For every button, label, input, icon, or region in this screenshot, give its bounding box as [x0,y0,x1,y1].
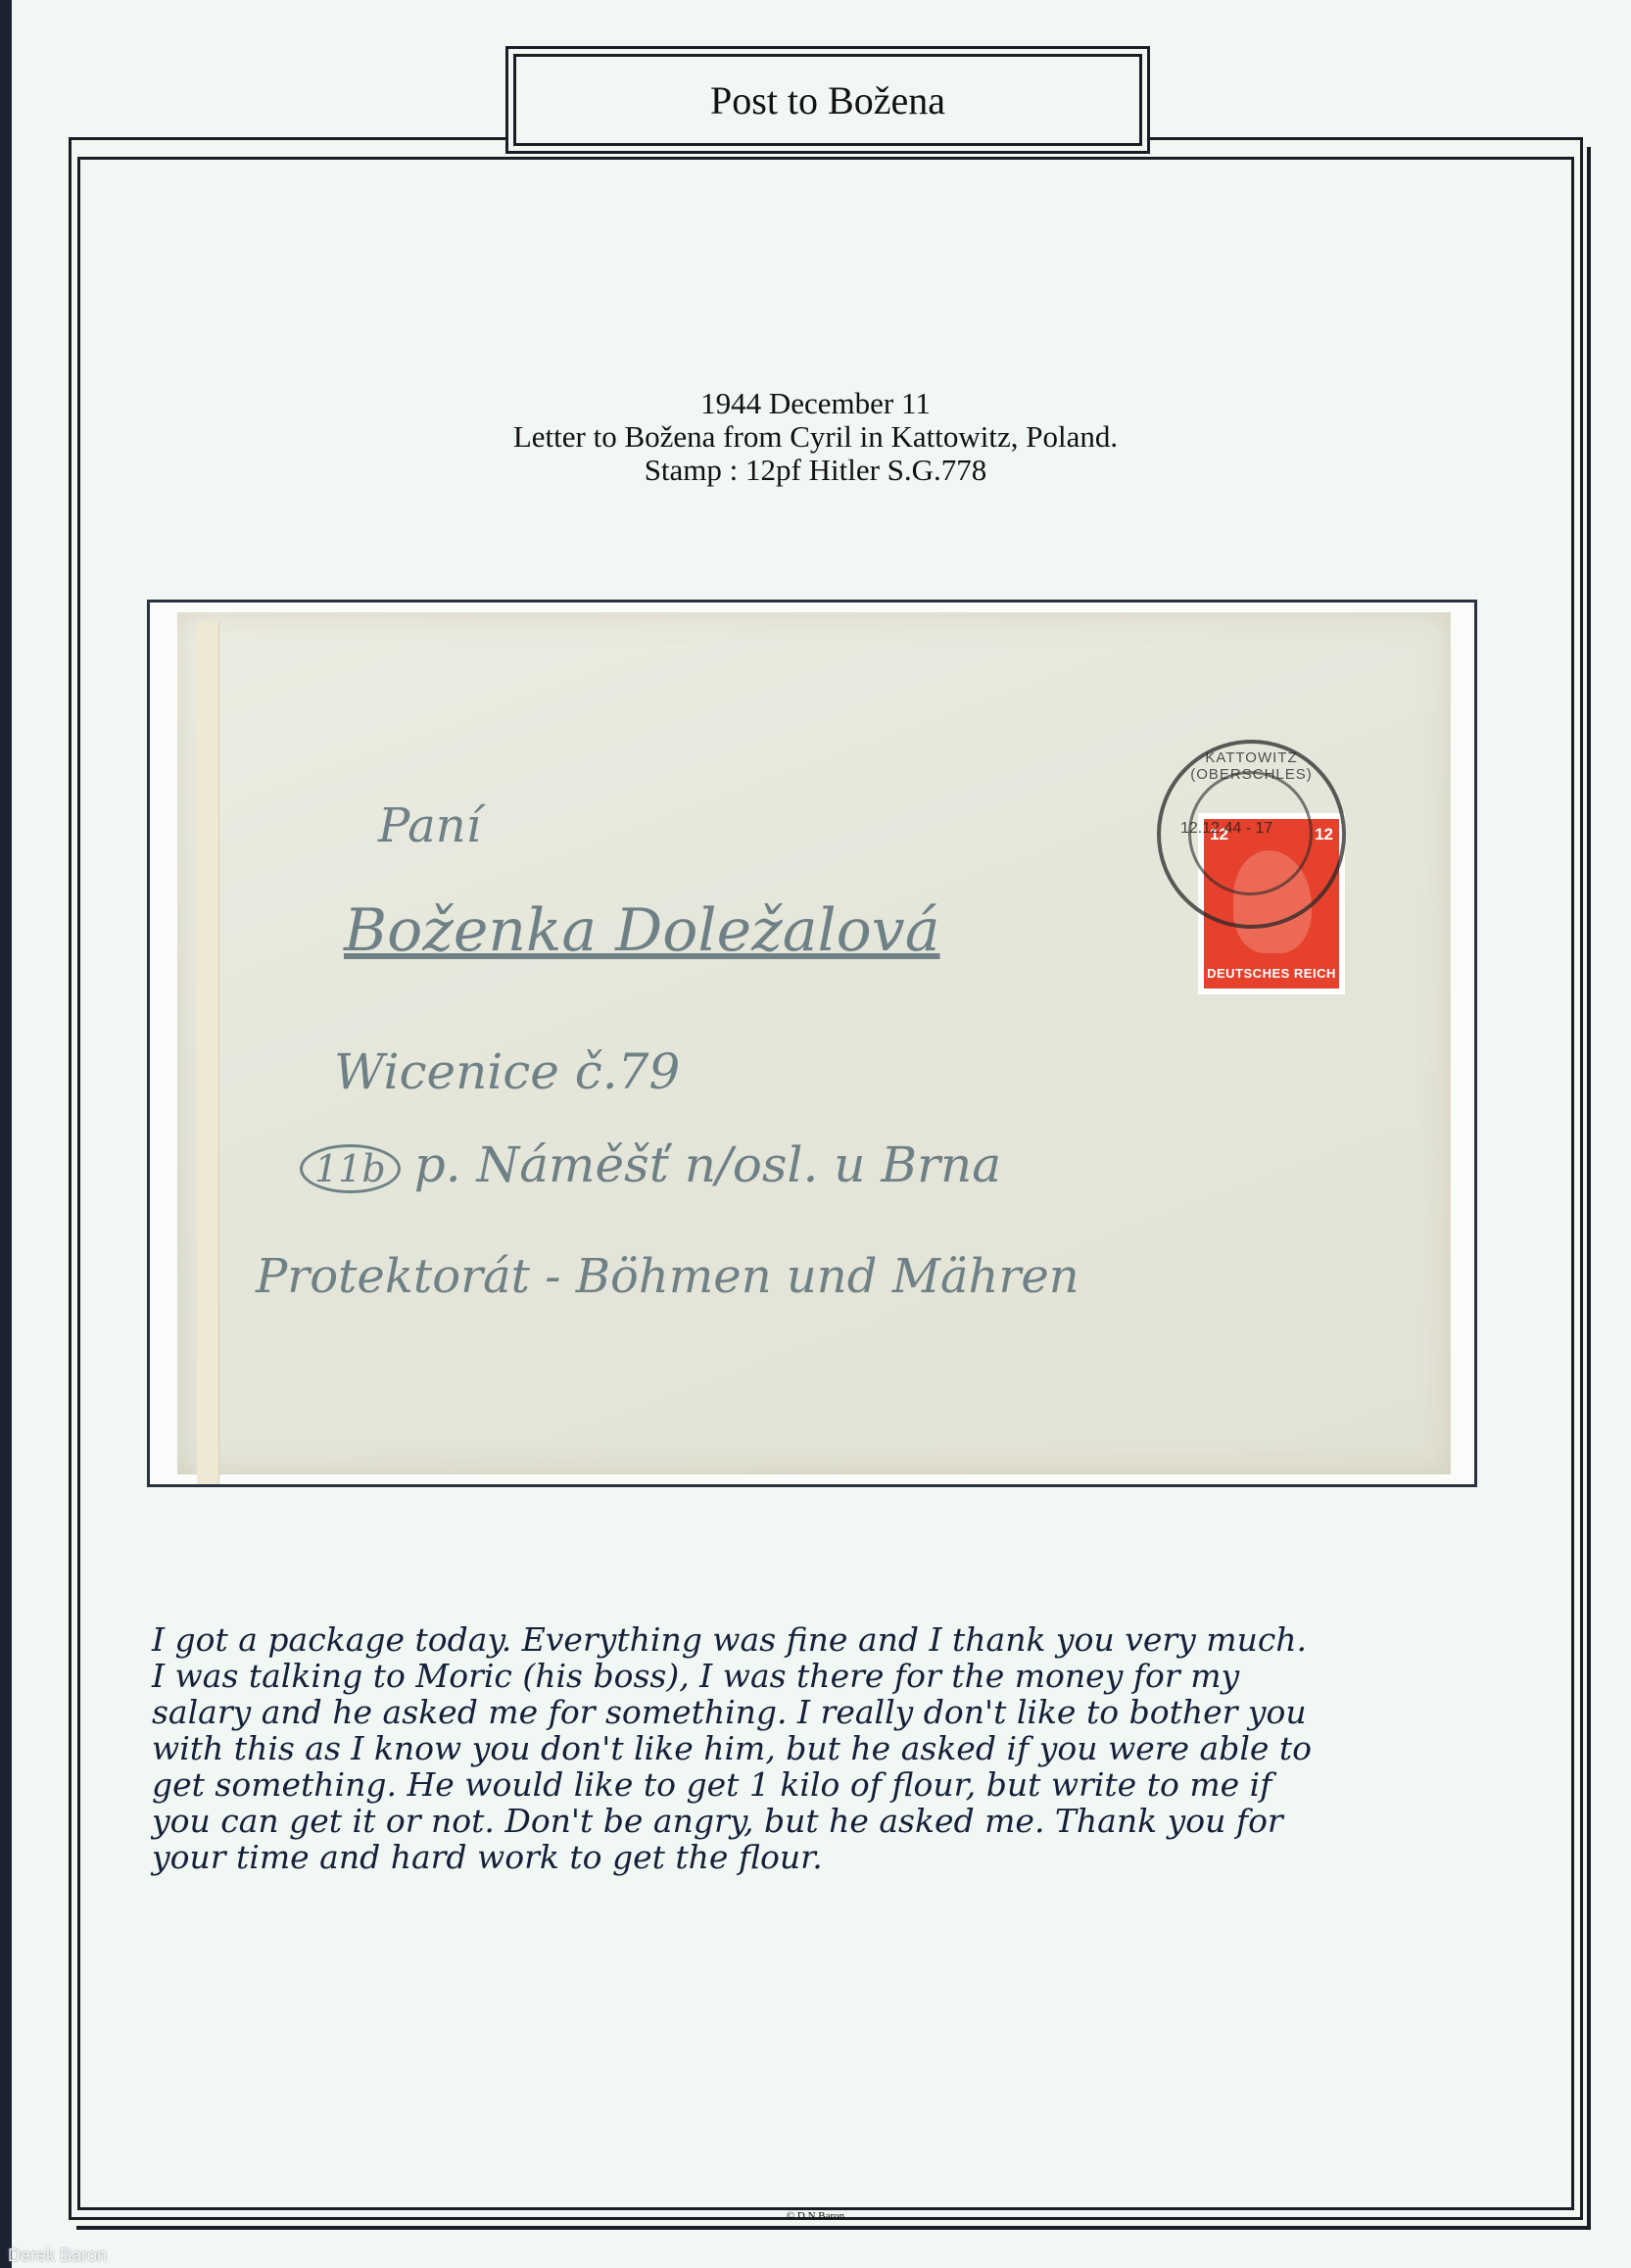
address-region: Protektorát - Böhmen und Mähren [256,1249,1079,1304]
letter-line: with this as I know you don't like him, … [152,1730,1484,1766]
address-town-line: 11bp. Náměšť n/osl. u Brna [300,1136,1001,1193]
address-name: Boženka Doležalová [344,896,939,965]
address-street: Wicenice č.79 [334,1043,680,1100]
copyright-footer: © D.N.Baron [0,2210,1631,2222]
caption-block: 1944 December 11 Letter to Božena from C… [294,387,1337,487]
envelope-mount: 12 12 DEUTSCHES REICH KATTOWITZ (OBERSCH… [147,600,1477,1487]
page-title: Post to Božena [710,77,945,123]
letter-line: I was talking to Moric (his boss), I was… [152,1658,1484,1694]
letter-line: get something. He would like to get 1 ki… [152,1766,1484,1803]
postmark-icon: KATTOWITZ (OBERSCHLES) 12.12.44 - 17 [1157,740,1346,929]
letter-transcription: I got a package today. Everything was fi… [152,1621,1484,1875]
letter-line: I got a package today. Everything was fi… [152,1621,1484,1658]
address-salutation: Paní [378,798,481,853]
scan-edge [0,0,12,2268]
envelope-censor-strip [197,622,219,1484]
postmark-date: 12.12.44 - 17 [1180,820,1272,838]
letter-line: you can get it or not. Don't be angry, b… [152,1803,1484,1839]
address-town: p. Náměšť n/osl. u Brna [414,1136,1001,1193]
envelope-image: 12 12 DEUTSCHES REICH KATTOWITZ (OBERSCH… [177,612,1451,1474]
title-box: Post to Božena [513,54,1142,146]
watermark: Derek Baron [8,2245,107,2266]
postmark-place: KATTOWITZ (OBERSCHLES) [1161,749,1342,783]
stamp-country: DEUTSCHES REICH [1204,966,1339,981]
caption-stamp: Stamp : 12pf Hitler S.G.778 [294,454,1337,487]
circled-code: 11b [300,1144,401,1193]
letter-line: salary and he asked me for something. I … [152,1694,1484,1730]
caption-description: Letter to Božena from Cyril in Kattowitz… [294,420,1337,454]
caption-date: 1944 December 11 [294,387,1337,420]
letter-line: your time and hard work to get the flour… [152,1839,1484,1875]
